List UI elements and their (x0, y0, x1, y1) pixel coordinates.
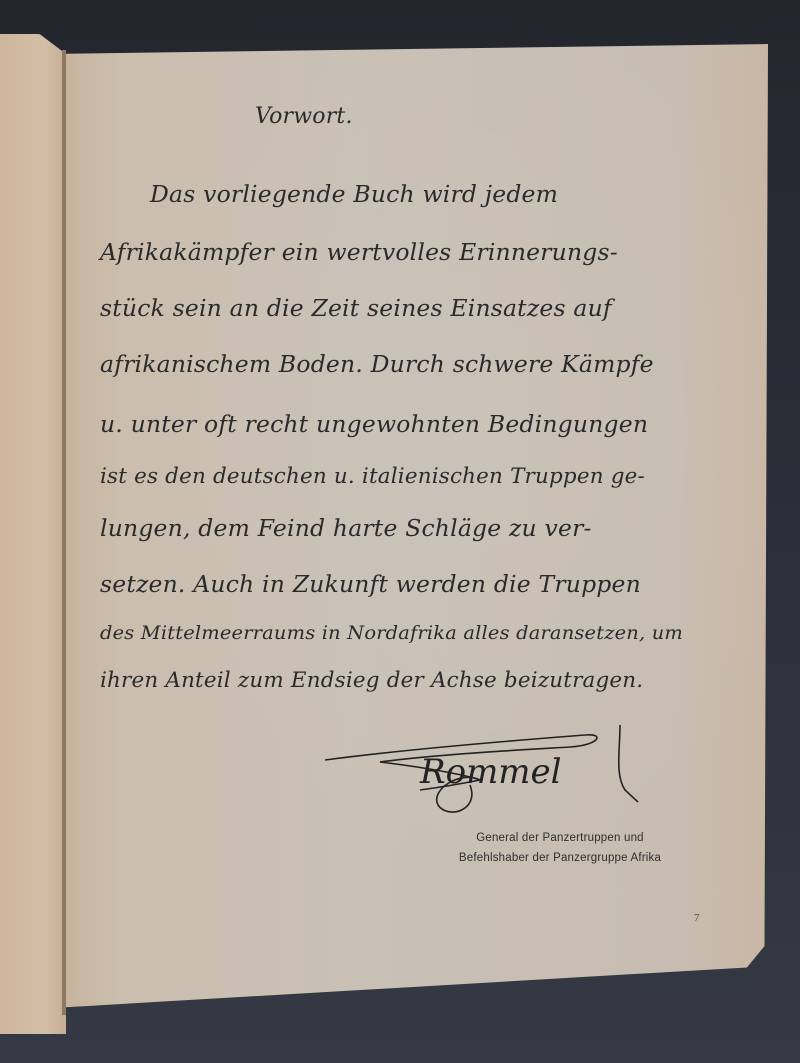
handwritten-line: u. unter oft recht ungewohnten Bedingung… (100, 412, 648, 438)
signature: Rommel (420, 752, 562, 792)
handwritten-line: setzen. Auch in Zukunft werden die Trupp… (100, 572, 641, 598)
handwritten-line: lungen, dem Feind harte Schläge zu ver- (100, 516, 592, 542)
left-page (0, 34, 66, 1034)
handwritten-line: ist es den deutschen u. italienischen Tr… (100, 464, 645, 488)
handwritten-line: ihren Anteil zum Endsieg der Achse beizu… (100, 668, 643, 692)
foreword-heading: Vorwort. (255, 104, 353, 129)
handwritten-line: stück sein an die Zeit seines Einsatzes … (100, 296, 612, 322)
handwritten-line: afrikanischem Boden. Durch schwere Kämpf… (100, 352, 654, 378)
handwritten-line: des Mittelmeerraums in Nordafrika alles … (100, 622, 683, 644)
book-gutter (62, 50, 66, 1015)
caption-line: Befehlshaber der Panzergruppe Afrika (410, 852, 710, 864)
caption-line: General der Panzertruppen und (410, 832, 710, 844)
handwritten-line: Afrikakämpfer ein wertvolles Erinnerungs… (100, 240, 618, 266)
page-number: 7 (694, 912, 700, 924)
handwritten-line: Das vorliegende Buch wird jedem (150, 182, 558, 208)
